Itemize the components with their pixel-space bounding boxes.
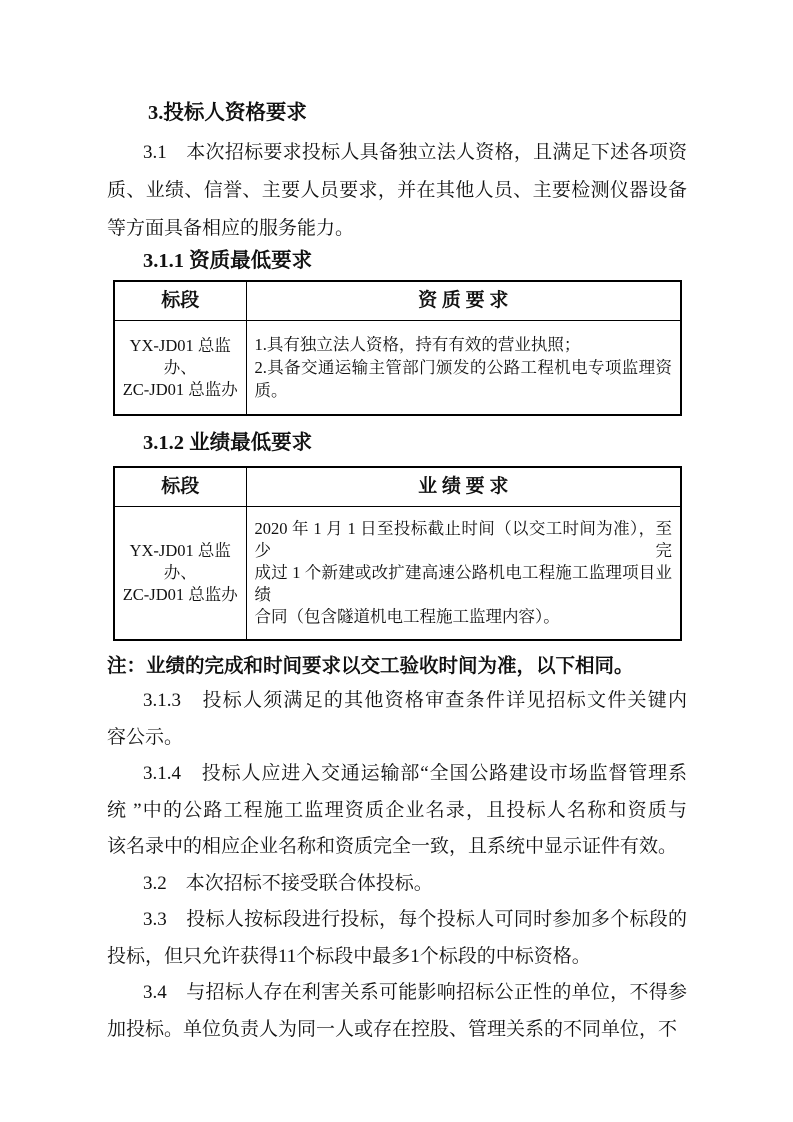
qualification-table: 标段 资 质 要 求 YX-JD01 总监办、 ZC-JD01 总监办 1.具有… bbox=[113, 280, 682, 416]
column-header-qualification: 资 质 要 求 bbox=[246, 281, 681, 321]
clause-3-4: 3.4 与招标人存在利害关系可能影响招标公正性的单位，不得参 加投标。单位负责人… bbox=[107, 975, 687, 1048]
paragraph-line: 投标，但只允许获得11个标段中最多1个标段的中标资格。 bbox=[107, 939, 687, 976]
requirement-line: 1.具有独立法人资格，持有有效的营业执照； bbox=[255, 333, 673, 356]
section-line: YX-JD01 总监办、 bbox=[117, 540, 244, 584]
clause-3-3: 3.3 投标人按标段进行投标，每个投标人可同时参加多个标段的 投标，但只允许获得… bbox=[107, 902, 687, 975]
paragraph-3-1: 3.1 本次招标要求投标人具备独立法人资格，且满足下述各项资 质、业绩、信誉、主… bbox=[107, 134, 687, 248]
section-line: ZC-JD01 总监办 bbox=[117, 584, 244, 606]
column-header-section: 标段 bbox=[114, 281, 246, 321]
paragraph-line: 容公示。 bbox=[107, 720, 687, 757]
section-cell: YX-JD01 总监办、 ZC-JD01 总监办 bbox=[114, 321, 246, 416]
requirement-line: 成过 1 个新建或改扩建高速公路机电工程施工监理项目业绩 bbox=[255, 562, 673, 606]
paragraph-line: 3.2 本次招标不接受联合体投标。 bbox=[107, 866, 687, 903]
column-header-section: 标段 bbox=[114, 467, 246, 507]
column-header-performance: 业 绩 要 求 bbox=[246, 467, 681, 507]
section-heading: 3.投标人资格要求 bbox=[148, 98, 687, 128]
document-page: 3.投标人资格要求 3.1 本次招标要求投标人具备独立法人资格，且满足下述各项资… bbox=[0, 0, 793, 1122]
paragraph-line: 3.1 本次招标要求投标人具备独立法人资格，且满足下述各项资 bbox=[107, 134, 687, 172]
subheading-3-1-1: 3.1.1 资质最低要求 bbox=[143, 248, 687, 274]
subheading-3-1-2: 3.1.2 业绩最低要求 bbox=[143, 430, 687, 456]
performance-table-header-row: 标段 业 绩 要 求 bbox=[114, 467, 681, 507]
paragraph-line: 等方面具备相应的服务能力。 bbox=[107, 210, 687, 248]
paragraph-line: 加投标。单位负责人为同一人或存在控股、管理关系的不同单位，不 bbox=[107, 1012, 687, 1049]
requirement-cell: 1.具有独立法人资格，持有有效的营业执照； 2.具备交通运输主管部门颁发的公路工… bbox=[246, 321, 681, 416]
requirement-line: 2020 年 1 月 1 日至投标截止时间（以交工时间为准），至少完 bbox=[255, 518, 673, 562]
qualification-table-header-row: 标段 资 质 要 求 bbox=[114, 281, 681, 321]
section-line: ZC-JD01 总监办 bbox=[117, 379, 244, 401]
requirement-line: 质。 bbox=[255, 379, 673, 402]
performance-table: 标段 业 绩 要 求 YX-JD01 总监办、 ZC-JD01 总监办 2020… bbox=[113, 466, 682, 641]
paragraph-line: 3.4 与招标人存在利害关系可能影响招标公正性的单位，不得参 bbox=[107, 975, 687, 1012]
requirement-cell: 2020 年 1 月 1 日至投标截止时间（以交工时间为准），至少完 成过 1 … bbox=[246, 507, 681, 641]
clause-3-1-4: 3.1.4 投标人应进入交通运输部“全国公路建设市场监督管理系 统 ”中的公路工… bbox=[107, 756, 687, 866]
paragraph-line: 3.1.3 投标人须满足的其他资格审查条件详见招标文件关键内 bbox=[107, 683, 687, 720]
clause-3-2: 3.2 本次招标不接受联合体投标。 bbox=[107, 866, 687, 903]
paragraph-line: 质、业绩、信誉、主要人员要求，并在其他人员、主要检测仪器设备 bbox=[107, 172, 687, 210]
clause-3-1-3: 3.1.3 投标人须满足的其他资格审查条件详见招标文件关键内 容公示。 bbox=[107, 683, 687, 756]
performance-table-row: YX-JD01 总监办、 ZC-JD01 总监办 2020 年 1 月 1 日至… bbox=[114, 507, 681, 641]
requirement-line: 2.具备交通运输主管部门颁发的公路工程机电专项监理资 bbox=[255, 356, 673, 379]
paragraph-line: 该名录中的相应企业名称和资质完全一致，且系统中显示证件有效。 bbox=[107, 829, 687, 866]
section-cell: YX-JD01 总监办、 ZC-JD01 总监办 bbox=[114, 507, 246, 641]
qualification-table-row: YX-JD01 总监办、 ZC-JD01 总监办 1.具有独立法人资格，持有有效… bbox=[114, 321, 681, 416]
note-line: 注：业绩的完成和时间要求以交工验收时间为准，以下相同。 bbox=[107, 651, 687, 683]
section-line: YX-JD01 总监办、 bbox=[117, 335, 244, 379]
paragraph-line: 3.3 投标人按标段进行投标，每个投标人可同时参加多个标段的 bbox=[107, 902, 687, 939]
paragraph-line: 3.1.4 投标人应进入交通运输部“全国公路建设市场监督管理系 bbox=[107, 756, 687, 793]
requirement-line: 合同（包含隧道机电工程施工监理内容）。 bbox=[255, 606, 673, 628]
paragraph-line: 统 ”中的公路工程施工监理资质企业名录，且投标人名称和资质与 bbox=[107, 793, 687, 830]
